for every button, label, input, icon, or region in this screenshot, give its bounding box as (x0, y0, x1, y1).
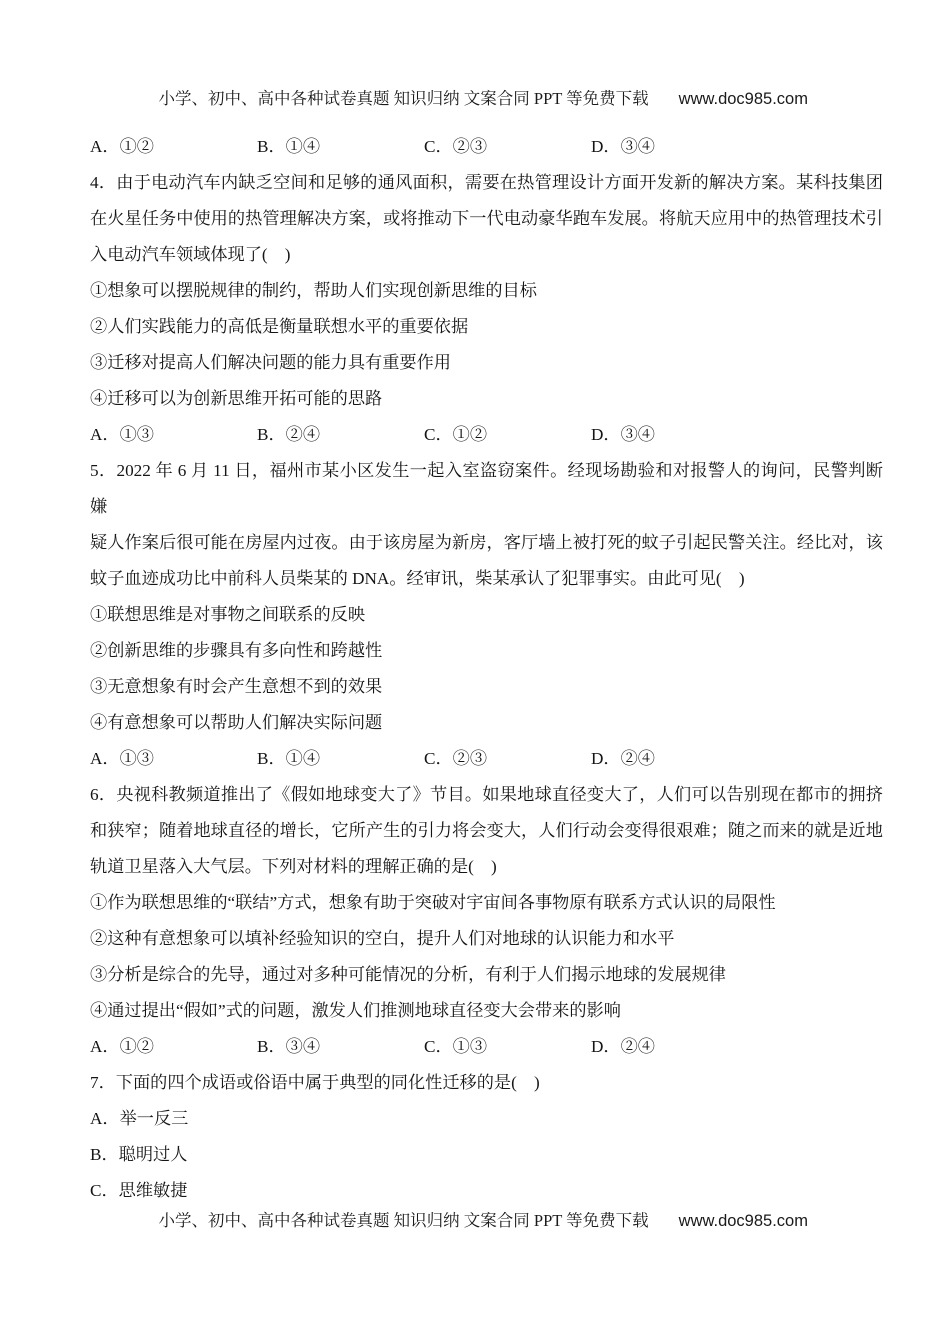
q6-statement-1: ①作为联想思维的“联结”方式，想象有助于突破对宇宙间各事物原有联系方式认识的局限… (90, 885, 883, 921)
page-header: 小学、初中、高中各种试卷真题 知识归纳 文案合同 PPT 等免费下载www.do… (0, 66, 950, 132)
q3-option-b: B．①④ (257, 129, 424, 165)
exam-content: A．①② B．①④ C．②③ D．③④ 4．由于电动汽车内缺乏空间和足够的通风面… (90, 129, 883, 1209)
question-4-stem-line-2: 在火星任务中使用的热管理解决方案，或将推动下一代电动豪华跑车发展。将航天应用中的… (90, 201, 883, 237)
q6-statement-3: ③分析是综合的先导，通过对多种可能情况的分析，有利于人们揭示地球的发展规律 (90, 957, 883, 993)
q5-statement-1: ①联想思维是对事物之间联系的反映 (90, 597, 883, 633)
q5-option-c: C．②③ (424, 741, 591, 777)
q6-option-b: B．③④ (257, 1029, 424, 1065)
q5-statement-4: ④有意想象可以帮助人们解决实际问题 (90, 705, 883, 741)
footer-site-url: www.doc985.com (679, 1212, 808, 1230)
question-4-stem-line-3: 入电动汽车领域体现了( ) (90, 237, 883, 273)
question-7-stem: 7．下面的四个成语或俗语中属于典型的同化性迁移的是( ) (90, 1065, 883, 1101)
q6-option-a: A．①② (90, 1029, 257, 1065)
question-6-options-row: A．①② B．③④ C．①③ D．②④ (90, 1029, 883, 1065)
page-footer: 小学、初中、高中各种试卷真题 知识归纳 文案合同 PPT 等免费下载www.do… (0, 1188, 950, 1254)
q4-statement-4: ④迁移可以为创新思维开拓可能的思路 (90, 381, 883, 417)
question-5-stem-line-2: 疑人作案后很可能在房屋内过夜。由于该房屋为新房，客厅墙上被打死的蚊子引起民警关注… (90, 525, 883, 561)
question-5-stem-line-1: 5．2022 年 6 月 11 日，福州市某小区发生一起入室盗窃案件。经现场勘验… (90, 453, 883, 525)
q5-option-a: A．①③ (90, 741, 257, 777)
q3-option-d: D．③④ (591, 129, 655, 165)
question-5-stem-line-3: 蚊子血迹成功比中前科人员柴某的 DNA。经审讯，柴某承认了犯罪事实。由此可见( … (90, 561, 883, 597)
q3-option-c: C．②③ (424, 129, 591, 165)
footer-promo-text: 小学、初中、高中各种试卷真题 知识归纳 文案合同 PPT 等免费下载 (159, 1211, 649, 1230)
q6-option-c: C．①③ (424, 1029, 591, 1065)
q6-option-d: D．②④ (591, 1029, 655, 1065)
q4-statement-1: ①想象可以摆脱规律的制约，帮助人们实现创新思维的目标 (90, 273, 883, 309)
question-4-stem-line-1: 4．由于电动汽车内缺乏空间和足够的通风面积，需要在热管理设计方面开发新的解决方案… (90, 165, 883, 201)
q4-statement-3: ③迁移对提高人们解决问题的能力具有重要作用 (90, 345, 883, 381)
question-3-options-row: A．①② B．①④ C．②③ D．③④ (90, 129, 883, 165)
question-4-options-row: A．①③ B．②④ C．①② D．③④ (90, 417, 883, 453)
header-promo-text: 小学、初中、高中各种试卷真题 知识归纳 文案合同 PPT 等免费下载 (159, 89, 649, 108)
q5-statement-3: ③无意想象有时会产生意想不到的效果 (90, 669, 883, 705)
q4-option-c: C．①② (424, 417, 591, 453)
q4-option-b: B．②④ (257, 417, 424, 453)
question-6-stem-line-1: 6．央视科教频道推出了《假如地球变大了》节目。如果地球直径变大了，人们可以告别现… (90, 777, 883, 813)
q4-option-d: D．③④ (591, 417, 655, 453)
question-6-stem-line-2: 和狭窄；随着地球直径的增长，它所产生的引力将会变大，人们行动会变得很艰难；随之而… (90, 813, 883, 849)
question-5-options-row: A．①③ B．①④ C．②③ D．②④ (90, 741, 883, 777)
exam-document-page: 小学、初中、高中各种试卷真题 知识归纳 文案合同 PPT 等免费下载www.do… (0, 0, 950, 1344)
q6-statement-4: ④通过提出“假如”式的问题，激发人们推测地球直径变大会带来的影响 (90, 993, 883, 1029)
q6-statement-2: ②这种有意想象可以填补经验知识的空白，提升人们对地球的认识能力和水平 (90, 921, 883, 957)
q7-option-a: A．举一反三 (90, 1101, 883, 1137)
q4-option-a: A．①③ (90, 417, 257, 453)
q7-option-b: B．聪明过人 (90, 1137, 883, 1173)
question-6-stem-line-3: 轨道卫星落入大气层。下列对材料的理解正确的是( ) (90, 849, 883, 885)
q5-option-d: D．②④ (591, 741, 655, 777)
header-site-url: www.doc985.com (679, 90, 808, 108)
q5-statement-2: ②创新思维的步骤具有多向性和跨越性 (90, 633, 883, 669)
q4-statement-2: ②人们实践能力的高低是衡量联想水平的重要依据 (90, 309, 883, 345)
q5-option-b: B．①④ (257, 741, 424, 777)
q3-option-a: A．①② (90, 129, 257, 165)
